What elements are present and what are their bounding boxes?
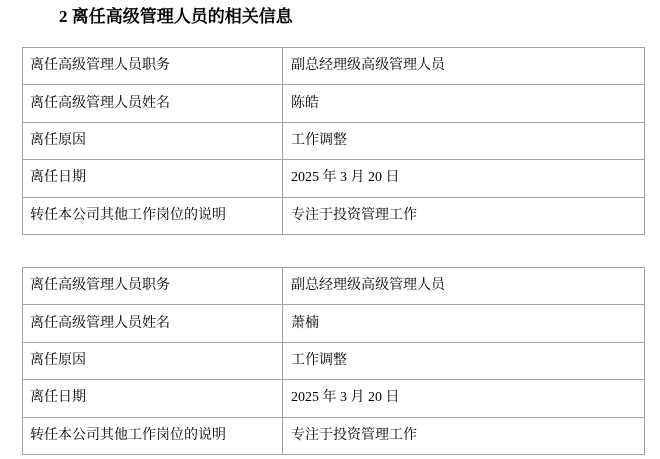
table-row: 离任高级管理人员职务 副总经理级高级管理人员 [23, 48, 645, 85]
table-row: 离任高级管理人员姓名 陈皓 [23, 85, 645, 122]
field-label-cell: 离任日期 [23, 380, 283, 417]
field-label-cell: 离任原因 [23, 122, 283, 159]
departure-info-table-1: 离任高级管理人员职务 副总经理级高级管理人员 离任高级管理人员姓名 陈皓 离任原… [22, 47, 645, 235]
field-value-cell: 专注于投资管理工作 [283, 417, 645, 454]
field-value-cell: 2025 年 3 月 20 日 [283, 380, 645, 417]
table-row: 转任本公司其他工作岗位的说明 专注于投资管理工作 [23, 417, 645, 454]
field-label-cell: 离任高级管理人员职务 [23, 268, 283, 305]
table-row: 离任日期 2025 年 3 月 20 日 [23, 160, 645, 197]
field-label-cell: 转任本公司其他工作岗位的说明 [23, 197, 283, 234]
field-label-cell: 离任高级管理人员姓名 [23, 85, 283, 122]
field-value-cell: 副总经理级高级管理人员 [283, 48, 645, 85]
section-title: 2 离任高级管理人员的相关信息 [59, 5, 293, 29]
field-label-cell: 离任高级管理人员姓名 [23, 305, 283, 342]
field-value-cell: 工作调整 [283, 342, 645, 379]
table-row: 离任高级管理人员职务 副总经理级高级管理人员 [23, 268, 645, 305]
field-value-cell: 副总经理级高级管理人员 [283, 268, 645, 305]
table-row: 离任高级管理人员姓名 萧楠 [23, 305, 645, 342]
field-value-cell: 工作调整 [283, 122, 645, 159]
document-page: 2 离任高级管理人员的相关信息 离任高级管理人员职务 副总经理级高级管理人员 离… [0, 0, 660, 459]
field-value-cell: 萧楠 [283, 305, 645, 342]
field-value-cell: 2025 年 3 月 20 日 [283, 160, 645, 197]
table-row: 离任原因 工作调整 [23, 342, 645, 379]
table-row: 离任原因 工作调整 [23, 122, 645, 159]
field-label-cell: 离任日期 [23, 160, 283, 197]
field-label-cell: 离任原因 [23, 342, 283, 379]
field-value-cell: 陈皓 [283, 85, 645, 122]
field-label-cell: 离任高级管理人员职务 [23, 48, 283, 85]
table-row: 离任日期 2025 年 3 月 20 日 [23, 380, 645, 417]
departure-info-table-2: 离任高级管理人员职务 副总经理级高级管理人员 离任高级管理人员姓名 萧楠 离任原… [22, 267, 645, 455]
field-label-cell: 转任本公司其他工作岗位的说明 [23, 417, 283, 454]
table-row: 转任本公司其他工作岗位的说明 专注于投资管理工作 [23, 197, 645, 234]
field-value-cell: 专注于投资管理工作 [283, 197, 645, 234]
